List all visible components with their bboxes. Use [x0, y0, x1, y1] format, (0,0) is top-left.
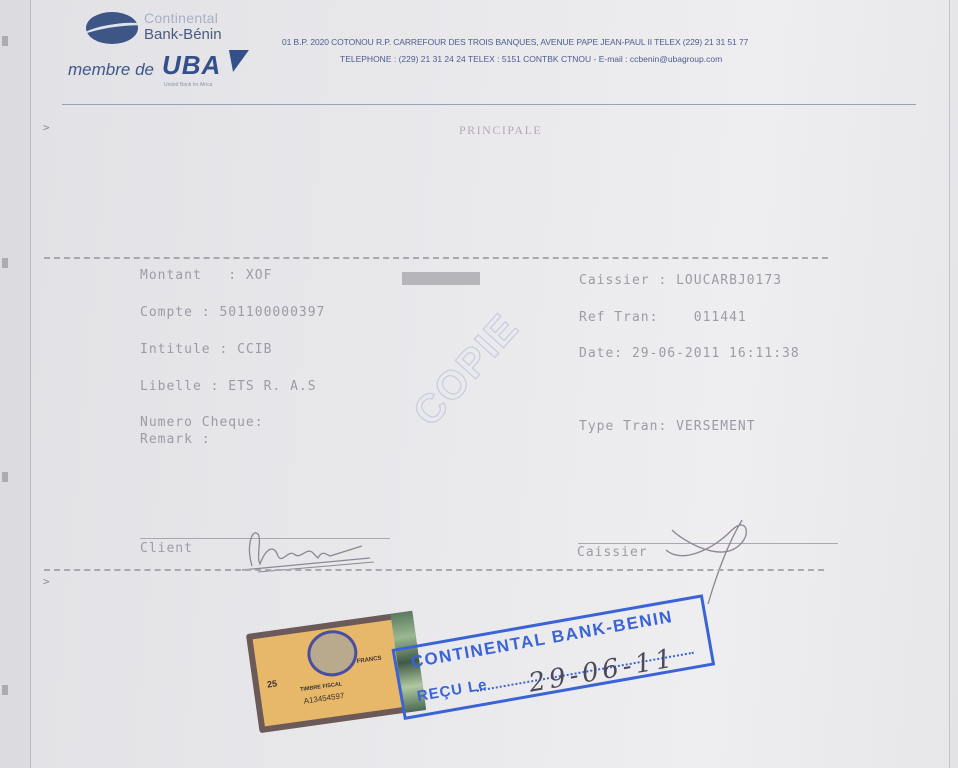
fiscal-stamp-currency: FRANCS [356, 656, 382, 665]
uba-wordmark: UBA [162, 50, 221, 81]
margin-mark [2, 258, 8, 268]
fiscal-stamp-serial: A13454597 [303, 691, 345, 706]
field-compte: Compte : 501100000397 [140, 305, 325, 320]
rosette-emblem-icon [304, 627, 360, 680]
client-signature-label: Client [140, 541, 193, 556]
brand-name-line2: Bank-Bénin [144, 26, 222, 43]
brand-name-line1: Continental [144, 10, 218, 26]
margin-mark [2, 685, 8, 695]
field-libelle: Libelle : ETS R. A.S [140, 379, 317, 394]
document-title: PRINCIPALE [459, 123, 542, 138]
field-intitule: Intitule : CCIB [140, 342, 272, 357]
uba-mark-icon [223, 50, 249, 72]
field-montant: Montant : XOF [140, 268, 272, 283]
dashed-separator-bottom [44, 569, 824, 571]
field-remark: Remark : [140, 432, 211, 447]
field-caissier: Caissier : LOUCARBJ0173 [579, 273, 782, 288]
address-line-1: 01 B.P. 2020 COTONOU R.P. CARREFOUR DES … [282, 37, 748, 47]
field-ref-tran: Ref Tran: 011441 [579, 310, 747, 325]
cashier-signature [662, 510, 752, 610]
dashed-separator-top [44, 257, 828, 259]
membre-de-label: membre de [68, 60, 154, 80]
field-date: Date: 29-06-2011 16:11:38 [579, 346, 800, 361]
underlying-page [0, 0, 30, 768]
fiscal-stamp-value: 25 [266, 678, 277, 689]
field-type-tran: Type Tran: VERSEMENT [579, 419, 756, 434]
cashier-signature-label: Caissier [577, 545, 648, 560]
address-line-2: TELEPHONE : (229) 21 31 24 24 TELEX : 51… [340, 54, 722, 64]
margin-chevron-icon: > [43, 575, 50, 588]
redacted-amount [402, 272, 480, 285]
margin-chevron-icon: > [43, 121, 50, 134]
field-numero-cheque: Numero Cheque: [140, 415, 264, 430]
margin-mark [2, 472, 8, 482]
margin-mark [2, 36, 8, 46]
header-divider [62, 104, 916, 105]
uba-tagline: United Bank for Africa [164, 82, 212, 88]
bank-logo: Continental Bank-Bénin membre de UBA Uni… [68, 8, 268, 94]
continental-swoosh-icon [86, 12, 138, 44]
